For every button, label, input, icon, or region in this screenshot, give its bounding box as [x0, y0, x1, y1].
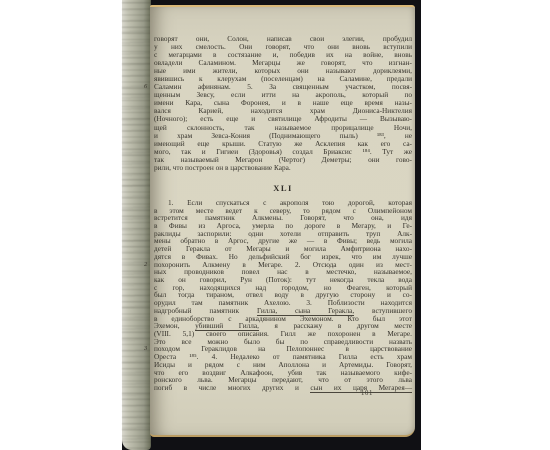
margin-section-number: 6	[144, 83, 147, 91]
chapter-heading: XLI	[154, 184, 412, 193]
white-canvas: говорят они, Солон, написав свои элегии,…	[0, 0, 550, 450]
book-photo: говорят они, Солон, написав свои элегии,…	[122, 0, 421, 450]
left-page-edges	[122, 0, 151, 450]
text-line: погиб в числе многих других и сын их цар…	[154, 384, 412, 392]
text-line: рили, что построен он в царствование Кар…	[154, 164, 412, 172]
text-column: говорят они, Солон, написав свои элегии,…	[154, 35, 412, 392]
paragraph-continuation: говорят они, Солон, написав свои элегии,…	[154, 35, 412, 172]
book-page: говорят они, Солон, написав свои элегии,…	[150, 5, 415, 437]
page-number: 101	[361, 390, 373, 397]
margin-section-number: 2	[144, 261, 147, 269]
margin-section-number: 3	[144, 345, 147, 353]
paragraph-chapter-xli: 1. Если спускаться с акрополя тою дорого…	[154, 199, 412, 392]
